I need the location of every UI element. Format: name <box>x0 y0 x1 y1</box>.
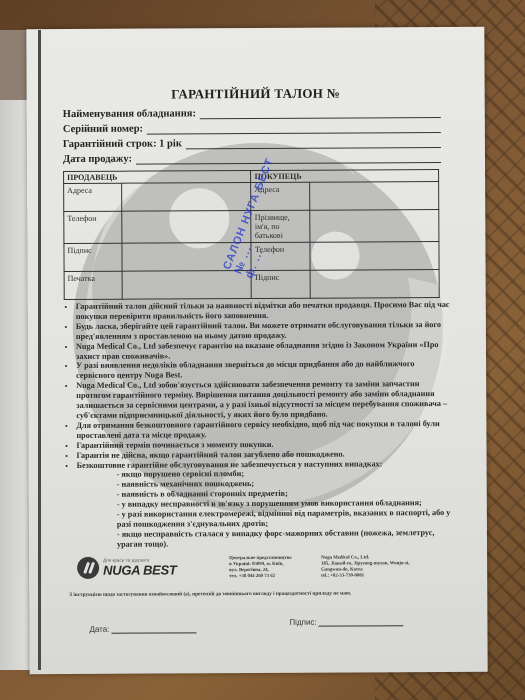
page-title: ГАРАНТІЙНИЙ ТАЛОН № <box>27 85 485 103</box>
signature-line <box>319 617 404 626</box>
seller-signature-label: Підпис <box>64 243 122 271</box>
address-line: tel.: +82-33-730-0001 <box>321 573 409 579</box>
sale-date-label: Дата продажу: <box>63 154 132 165</box>
warranty-term-field[interactable]: Гарантійний строк: 1 рік <box>63 137 441 150</box>
logo-name: NUGA BEST <box>103 562 176 577</box>
exclusions-list: - якщо порушено сервісні пломби; - наявн… <box>77 468 453 549</box>
equipment-name-line <box>200 107 441 119</box>
seller-stamp-label: Печатка <box>64 271 122 299</box>
seller-stamp-value[interactable] <box>122 271 252 300</box>
ukraine-office-address: Центральне представництво в Україні: 030… <box>229 556 292 580</box>
warranty-card-page: ГАРАНТІЙНИЙ ТАЛОН № Найменування обладна… <box>26 27 487 674</box>
sale-date-field[interactable]: Дата продажу: <box>63 152 441 165</box>
seller-header: ПРОДАВЕЦЬ <box>64 171 252 184</box>
nuga-best-logo-icon <box>77 557 99 579</box>
sale-date-line <box>136 152 441 165</box>
warranty-term-line <box>186 137 441 149</box>
list-item: Nuga Medical Co., Ltd зобов'язується зді… <box>76 379 452 421</box>
signature-label: Підпис: <box>289 618 316 627</box>
warranty-term-label: Гарантійний строк: 1 рік <box>63 138 182 150</box>
list-item: У разі виявлення недоліків обладнання зв… <box>76 359 452 381</box>
list-item: Будь ласка, зберігайте цей гарантійний т… <box>76 320 452 342</box>
serial-number-label: Серійний номер: <box>63 124 143 135</box>
list-item: Гарантійний талон дійсний тільки за наяв… <box>76 300 452 322</box>
list-item: Для отримання безкоштовного гарантійного… <box>76 419 452 441</box>
nuga-best-logo: Для краси та здоров'я NUGA BEST <box>77 556 177 579</box>
date-label: Дата: <box>89 625 109 634</box>
seller-phone-label: Телефон <box>64 211 122 243</box>
equipment-name-field[interactable]: Найменування обладнання: <box>63 107 441 120</box>
seller-address-label: Адреса <box>64 183 122 211</box>
list-item: Безкоштовне гарантійне обслуговування не… <box>77 458 453 549</box>
list-item: Nuga Medical Co., Ltd забезпечує гаранті… <box>76 340 452 362</box>
list-item: - у разі використання електромережі, від… <box>117 508 453 530</box>
serial-number-line <box>147 122 441 135</box>
acknowledgement-text: З інструкцією щодо застосування ознайомл… <box>69 590 449 598</box>
date-signature-field[interactable]: Дата: <box>89 624 196 634</box>
equipment-name-label: Найменування обладнання: <box>63 108 196 120</box>
buyer-address-value[interactable] <box>309 182 439 211</box>
buyer-header: ПОКУПЕЦЬ <box>251 170 439 183</box>
seller-address-value[interactable] <box>122 183 252 212</box>
korea-office-address: Nuga Medical Co., Ltd. 185, Jiamsil-ro, … <box>321 555 410 579</box>
booklet-spine <box>38 30 41 670</box>
list-item: - якщо несправність сталася у випадку фо… <box>117 528 453 550</box>
buyer-signature-value[interactable] <box>310 270 440 299</box>
warranty-terms-list: Гарантійний талон дійсний тільки за наяв… <box>64 300 453 550</box>
signature-field[interactable]: Підпис: <box>289 617 403 627</box>
exclusions-intro: Безкоштовне гарантійне обслуговування не… <box>77 459 383 470</box>
serial-number-field[interactable]: Серійний номер: <box>63 122 441 135</box>
date-line <box>111 624 196 633</box>
address-line: тел. +38 044 260 73 62 <box>229 574 292 580</box>
